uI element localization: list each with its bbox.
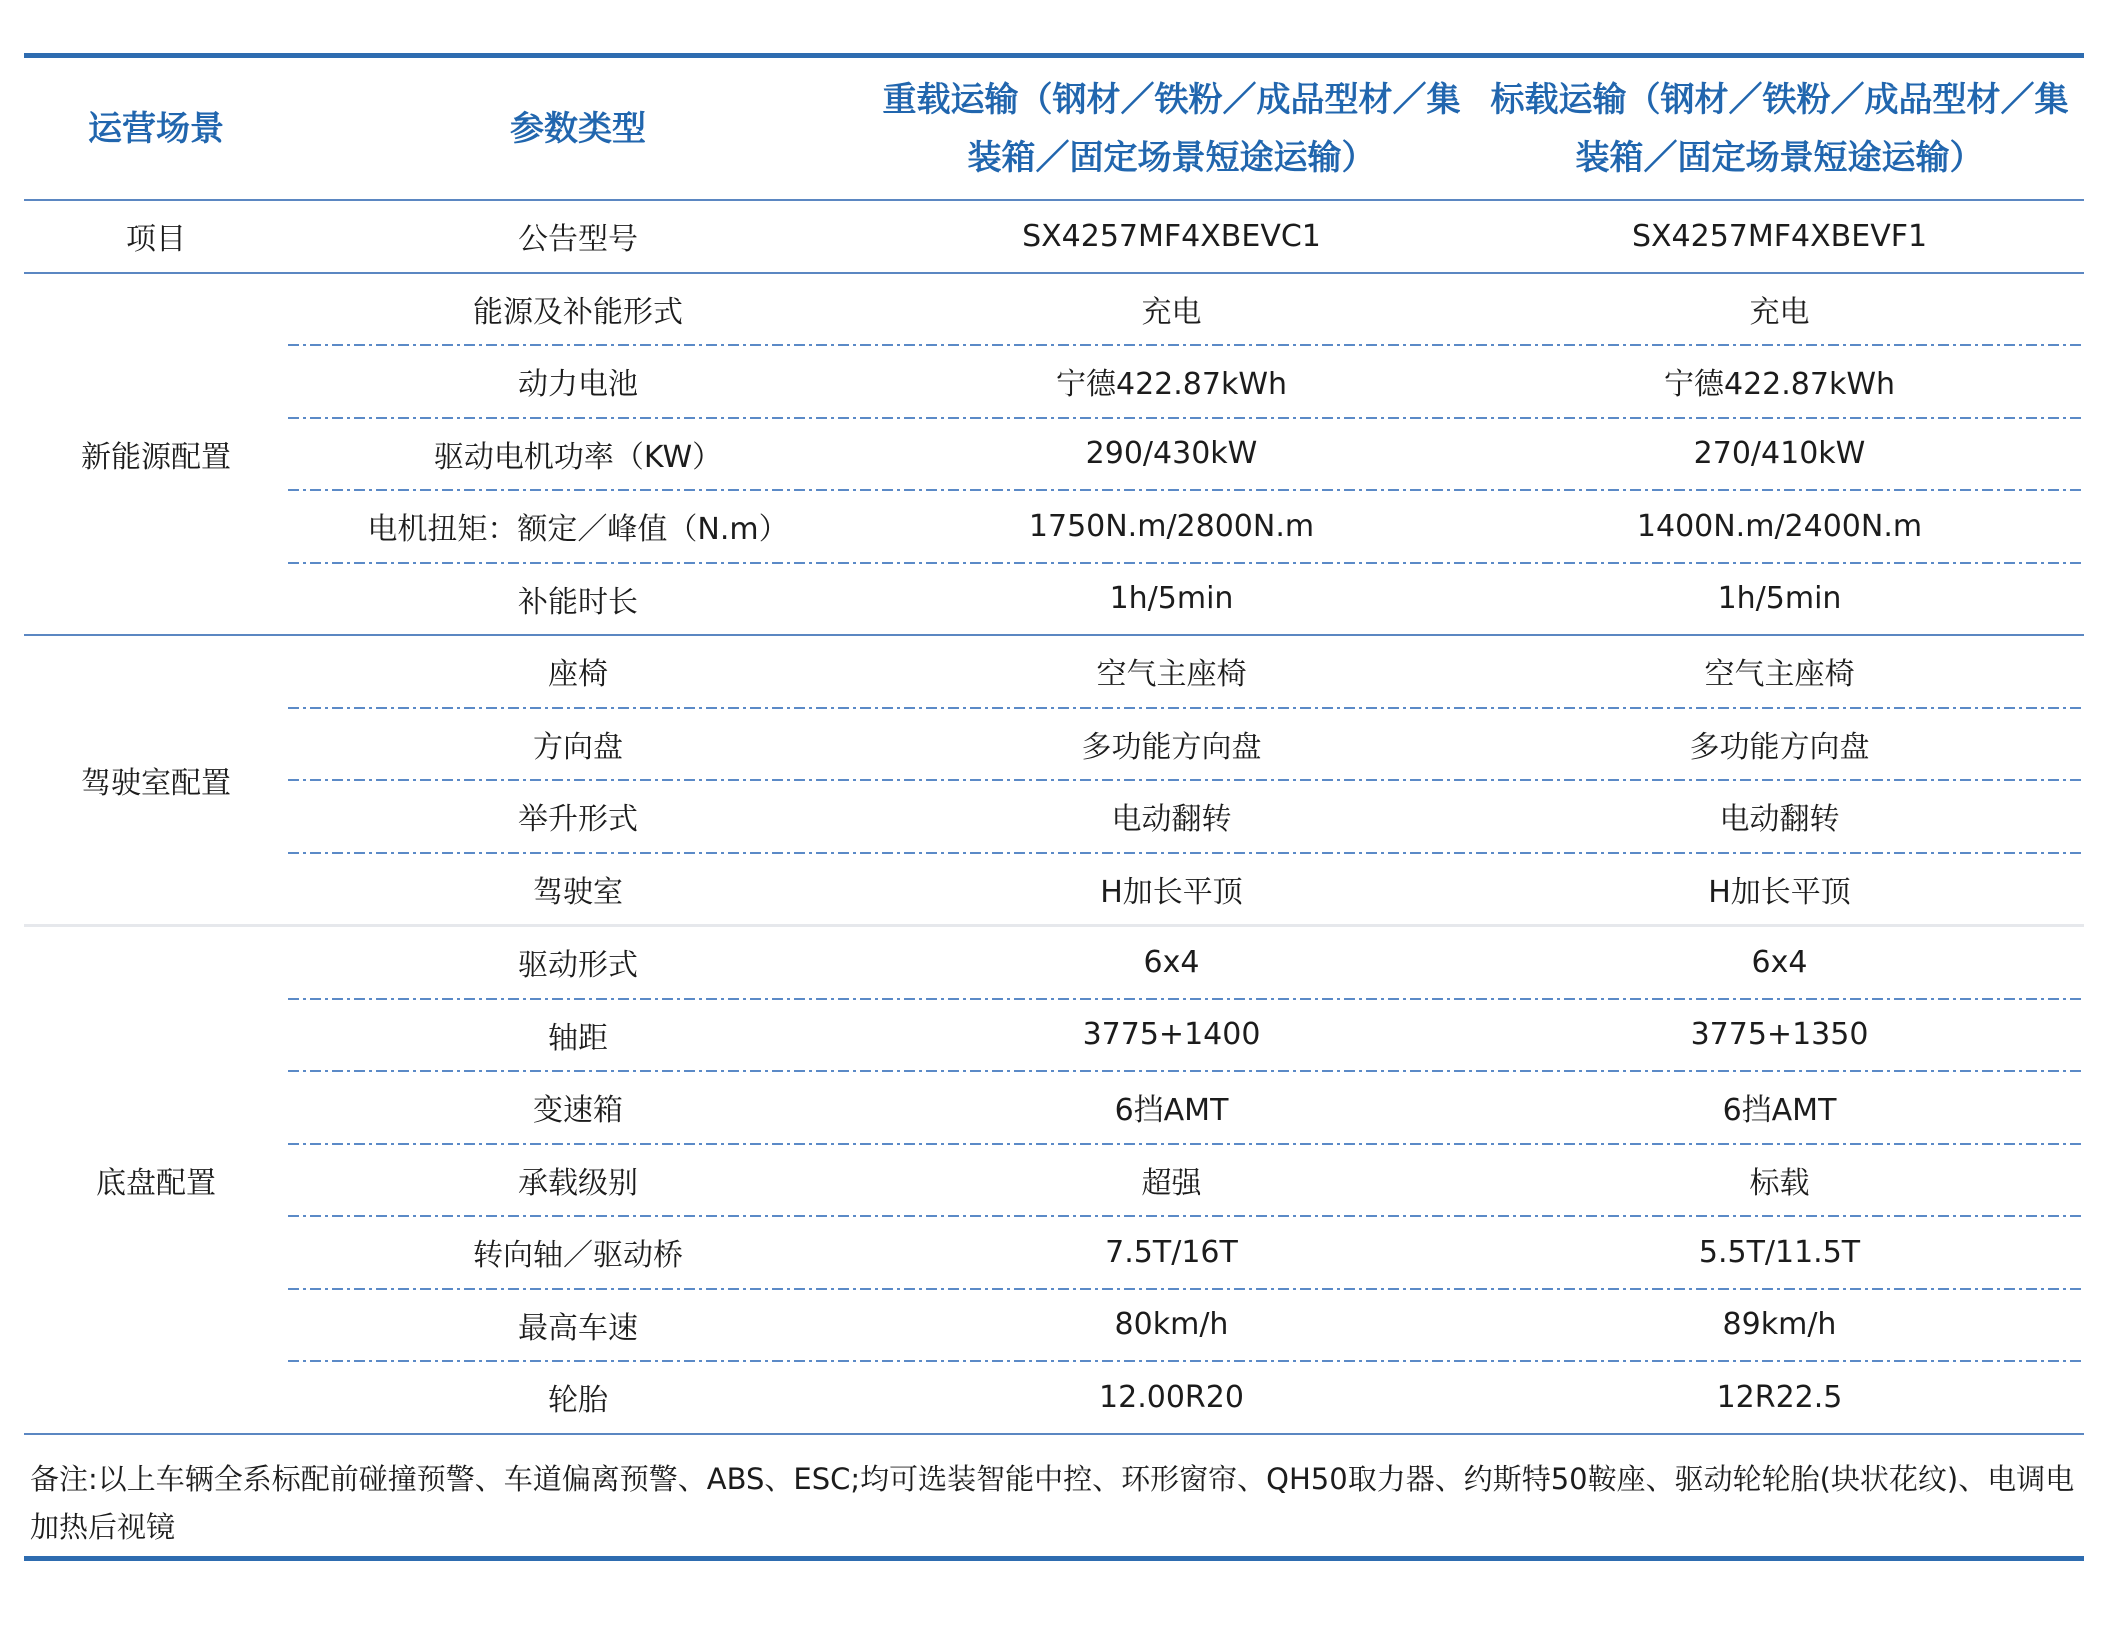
heavy-value: 充电 xyxy=(868,287,1475,331)
param-name: 转向轴／驱动桥 xyxy=(288,1230,868,1274)
standard-value: 270/410kW xyxy=(1475,436,2084,471)
table-row: 电机扭矩：额定／峰值（N.m） 1750N.m/2800N.m 1400N.m/… xyxy=(288,491,2084,562)
heavy-value: 空气主座椅 xyxy=(868,649,1475,693)
table-row: 驱动形式 6x4 6x4 xyxy=(288,927,2084,998)
table-row: 承载级别 超强 标载 xyxy=(288,1145,2084,1216)
table-row: 动力电池 宁德422.87kWh 宁德422.87kWh xyxy=(288,346,2084,417)
heavy-value: SX4257MF4XBEVC1 xyxy=(868,219,1475,254)
table-row: 举升形式 电动翻转 电动翻转 xyxy=(288,781,2084,852)
heavy-value: H加长平顶 xyxy=(868,867,1475,911)
param-name: 公告型号 xyxy=(288,214,868,258)
standard-value: 宁德422.87kWh xyxy=(1475,359,2084,403)
group-chassis: 底盘配置 驱动形式 6x4 6x4 轴距 3775+1400 3775+1350… xyxy=(24,927,2084,1433)
standard-value: 空气主座椅 xyxy=(1475,649,2084,693)
param-name: 轮胎 xyxy=(288,1375,868,1419)
param-name: 电机扭矩：额定／峰值（N.m） xyxy=(288,504,868,548)
group-new-energy: 新能源配置 能源及补能形式 充电 充电 动力电池 宁德422.87kWh 宁德4… xyxy=(24,274,2084,635)
table-bottom-rule xyxy=(24,1556,2084,1561)
param-name: 轴距 xyxy=(288,1013,868,1057)
param-name: 能源及补能形式 xyxy=(288,287,868,331)
header-param-type: 参数类型 xyxy=(288,100,868,158)
param-name: 座椅 xyxy=(288,649,868,693)
table-row: 驱动电机功率（KW） 290/430kW 270/410kW xyxy=(288,419,2084,490)
header-standard-transport: 标载运输（钢材／铁粉／成品型材／集装箱／固定场景短途运输） xyxy=(1475,71,2084,187)
group-label: 驾驶室配置 xyxy=(24,636,288,924)
param-name: 驾驶室 xyxy=(288,867,868,911)
table-row: 驾驶室 H加长平顶 H加长平顶 xyxy=(288,854,2084,925)
group-label: 新能源配置 xyxy=(24,274,288,635)
table-row: 变速箱 6挡AMT 6挡AMT xyxy=(288,1072,2084,1143)
table-row: 转向轴／驱动桥 7.5T/16T 5.5T/11.5T xyxy=(288,1217,2084,1288)
heavy-value: 1h/5min xyxy=(868,581,1475,616)
table-row: 座椅 空气主座椅 空气主座椅 xyxy=(288,636,2084,707)
table-row: 补能时长 1h/5min 1h/5min xyxy=(288,564,2084,635)
header-heavy-transport: 重载运输（钢材／铁粉／成品型材／集装箱／固定场景短途运输） xyxy=(868,71,1475,187)
table-header-row: 运营场景 参数类型 重载运输（钢材／铁粉／成品型材／集装箱／固定场景短途运输） … xyxy=(24,58,2084,199)
heavy-value: 7.5T/16T xyxy=(868,1235,1475,1270)
table-row: 最高车速 80km/h 89km/h xyxy=(288,1290,2084,1361)
standard-value: 标载 xyxy=(1475,1158,2084,1202)
item-label: 项目 xyxy=(24,214,288,258)
param-name: 变速箱 xyxy=(288,1085,868,1129)
table-row-model: 项目 公告型号 SX4257MF4XBEVC1 SX4257MF4XBEVF1 xyxy=(24,201,2084,272)
heavy-value: 3775+1400 xyxy=(868,1017,1475,1052)
group-label: 底盘配置 xyxy=(24,927,288,1433)
heavy-value: 6x4 xyxy=(868,945,1475,980)
standard-value: 电动翻转 xyxy=(1475,794,2084,838)
standard-value: SX4257MF4XBEVF1 xyxy=(1475,219,2084,254)
param-name: 方向盘 xyxy=(288,722,868,766)
param-name: 驱动电机功率（KW） xyxy=(288,432,868,476)
standard-value: 1h/5min xyxy=(1475,581,2084,616)
standard-value: H加长平顶 xyxy=(1475,867,2084,911)
table-row: 能源及补能形式 充电 充电 xyxy=(288,274,2084,345)
standard-value: 6挡AMT xyxy=(1475,1085,2084,1129)
standard-value: 5.5T/11.5T xyxy=(1475,1235,2084,1270)
param-name: 承载级别 xyxy=(288,1158,868,1202)
heavy-value: 宁德422.87kWh xyxy=(868,359,1475,403)
heavy-value: 6挡AMT xyxy=(868,1085,1475,1129)
footnote: 备注:以上车辆全系标配前碰撞预警、车道偏离预警、ABS、ESC;均可选装智能中控… xyxy=(24,1435,2084,1556)
table-row: 轮胎 12.00R20 12R22.5 xyxy=(288,1362,2084,1433)
heavy-value: 80km/h xyxy=(868,1307,1475,1342)
standard-value: 6x4 xyxy=(1475,945,2084,980)
heavy-value: 电动翻转 xyxy=(868,794,1475,838)
standard-value: 12R22.5 xyxy=(1475,1380,2084,1415)
param-name: 动力电池 xyxy=(288,359,868,403)
header-scenario: 运营场景 xyxy=(24,100,288,158)
standard-value: 89km/h xyxy=(1475,1307,2084,1342)
table-row: 方向盘 多功能方向盘 多功能方向盘 xyxy=(288,709,2084,780)
heavy-value: 1750N.m/2800N.m xyxy=(868,509,1475,544)
param-name: 补能时长 xyxy=(288,577,868,621)
param-name: 举升形式 xyxy=(288,794,868,838)
param-name: 最高车速 xyxy=(288,1303,868,1347)
param-name: 驱动形式 xyxy=(288,940,868,984)
standard-value: 充电 xyxy=(1475,287,2084,331)
group-cab: 驾驶室配置 座椅 空气主座椅 空气主座椅 方向盘 多功能方向盘 多功能方向盘 举… xyxy=(24,636,2084,924)
standard-value: 3775+1350 xyxy=(1475,1017,2084,1052)
spec-table: 运营场景 参数类型 重载运输（钢材／铁粉／成品型材／集装箱／固定场景短途运输） … xyxy=(24,53,2084,1561)
table-row: 轴距 3775+1400 3775+1350 xyxy=(288,1000,2084,1071)
standard-value: 1400N.m/2400N.m xyxy=(1475,509,2084,544)
standard-value: 多功能方向盘 xyxy=(1475,722,2084,766)
heavy-value: 超强 xyxy=(868,1158,1475,1202)
heavy-value: 12.00R20 xyxy=(868,1380,1475,1415)
heavy-value: 290/430kW xyxy=(868,436,1475,471)
heavy-value: 多功能方向盘 xyxy=(868,722,1475,766)
